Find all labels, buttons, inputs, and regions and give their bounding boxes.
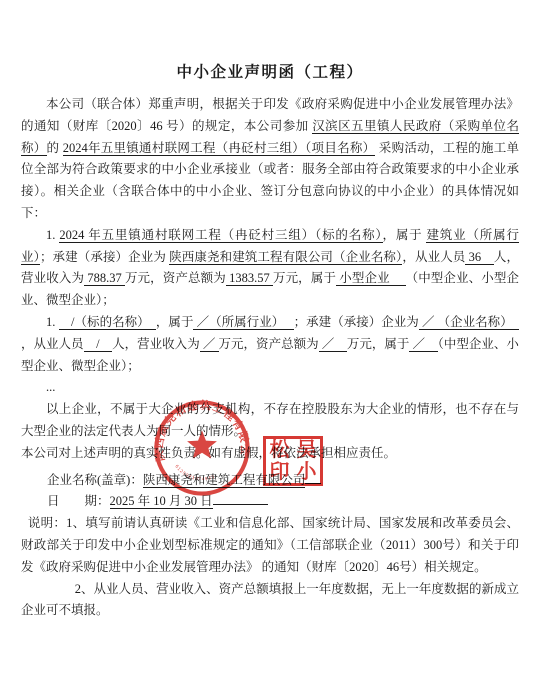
text-run: 2、从业人员、营业收入、资产总额填报上一年度数据，无上一年度数据的新成立企业可不… bbox=[21, 582, 519, 618]
blank-underline bbox=[305, 470, 321, 484]
filled-field: 2024年五里镇通村联网工程（冉砭村三组）（项目名称） bbox=[63, 141, 376, 156]
text-run: 的 bbox=[47, 141, 63, 155]
date-line: 日 期：2025 年 10 月 30 日 bbox=[47, 491, 519, 513]
filled-field: / bbox=[84, 337, 113, 352]
text-run: 日 期： bbox=[47, 494, 110, 508]
declaration-document-page: 中小企业声明函（工程） 本公司（联合体）郑重声明，根据关于印发《政府采购促进中小… bbox=[0, 0, 539, 689]
filled-field: 1383.57 bbox=[226, 271, 273, 286]
filled-field: 788.37 bbox=[84, 271, 125, 286]
text-run: 1. bbox=[46, 228, 59, 242]
text-run: 万元，资产总额为 bbox=[125, 271, 226, 285]
text-run: 以上企业，不属于大企业的分支机构，不存在控股股东为大企业的情形，也不存在与大型企… bbox=[21, 402, 519, 438]
blank-underline bbox=[213, 491, 268, 505]
item-2-paragraph: 1. /（标的名称） ，属于 ／（所属行业） ；承建（承接）企业为 ／ （企业名… bbox=[21, 312, 519, 377]
notes-paragraph-1: 说明：1、填写前请认真研读《工业和信息化部、国家统计局、国家发展和改革委员会、财… bbox=[21, 513, 519, 578]
text-run: ，从业人员 bbox=[402, 250, 465, 264]
text-run: 说明：1、填写前请认真研读《工业和信息化部、国家统计局、国家发展和改革委员会、财… bbox=[21, 516, 519, 574]
text-run: 人，营业收入为 bbox=[112, 337, 200, 351]
text-run: ，从业人员 bbox=[21, 337, 84, 351]
filled-field: 2024 年五里镇通村联网工程（冉砭村三组）（标的名称） bbox=[59, 228, 382, 243]
document-content: 中小企业声明函（工程） 本公司（联合体）郑重声明，根据关于印发《政府采购促进中小… bbox=[21, 60, 519, 622]
text-run: ... bbox=[46, 380, 55, 394]
text-run: ；承建（承接）企业为 bbox=[40, 250, 169, 264]
company-sign-line: 企业名称(盖章)：陕西康尧和建筑工程有限公司 bbox=[47, 470, 519, 492]
no-large-enterprise-paragraph: 以上企业，不属于大企业的分支机构，不存在控股股东为大企业的情形，也不存在与大型企… bbox=[21, 399, 519, 443]
text-run: 万元，属于 bbox=[273, 271, 336, 285]
filled-field: 陕西康尧和建筑工程有限公司 bbox=[143, 473, 306, 488]
text-run: ，属于 bbox=[383, 228, 427, 242]
text-run: ；承建（承接）企业为 bbox=[294, 315, 419, 329]
text-run: 企业名称(盖章)： bbox=[47, 473, 143, 487]
text-run: 万元，资产总额为 bbox=[219, 337, 319, 351]
filled-field: ／ bbox=[409, 337, 437, 352]
notes-paragraph-2: 2、从业人员、营业收入、资产总额填报上一年度数据，无上一年度数据的新成立企业可不… bbox=[21, 579, 519, 623]
text-run: 本公司对上述声明的真实性负责。如有虚假，将依法承担相应责任。 bbox=[21, 446, 396, 460]
item-1-paragraph: 1. 2024 年五里镇通村联网工程（冉砭村三组）（标的名称），属于 建筑业（所… bbox=[21, 225, 519, 312]
filled-field: ／ bbox=[200, 337, 219, 352]
document-title: 中小企业声明函（工程） bbox=[21, 60, 519, 82]
filled-field: /（标的名称） bbox=[59, 315, 156, 330]
text-run: ，属于 bbox=[156, 315, 194, 329]
filled-field: 陕西康尧和建筑工程有限公司（企业名称） bbox=[169, 250, 402, 265]
filled-field: ／（所属行业） bbox=[193, 315, 293, 330]
text-run: 万元，属于 bbox=[347, 337, 410, 351]
filled-field: ／ bbox=[319, 337, 347, 352]
document-body: 本公司（联合体）郑重声明，根据关于印发《政府采购促进中小企业发展管理办法》 的通… bbox=[21, 94, 519, 622]
filled-field: 36 bbox=[465, 250, 493, 265]
filled-field: 小型企业 bbox=[336, 271, 406, 286]
filled-field: 2025 年 10 月 30 日 bbox=[110, 494, 213, 509]
ellipsis-paragraph: ... bbox=[21, 377, 519, 399]
filled-field: ／ （企业名称） bbox=[419, 315, 519, 330]
responsibility-paragraph: 本公司对上述声明的真实性负责。如有虚假，将依法承担相应责任。 bbox=[21, 443, 519, 465]
intro-paragraph: 本公司（联合体）郑重声明，根据关于印发《政府采购促进中小企业发展管理办法》 的通… bbox=[21, 94, 519, 225]
text-run: 1. bbox=[46, 315, 59, 329]
